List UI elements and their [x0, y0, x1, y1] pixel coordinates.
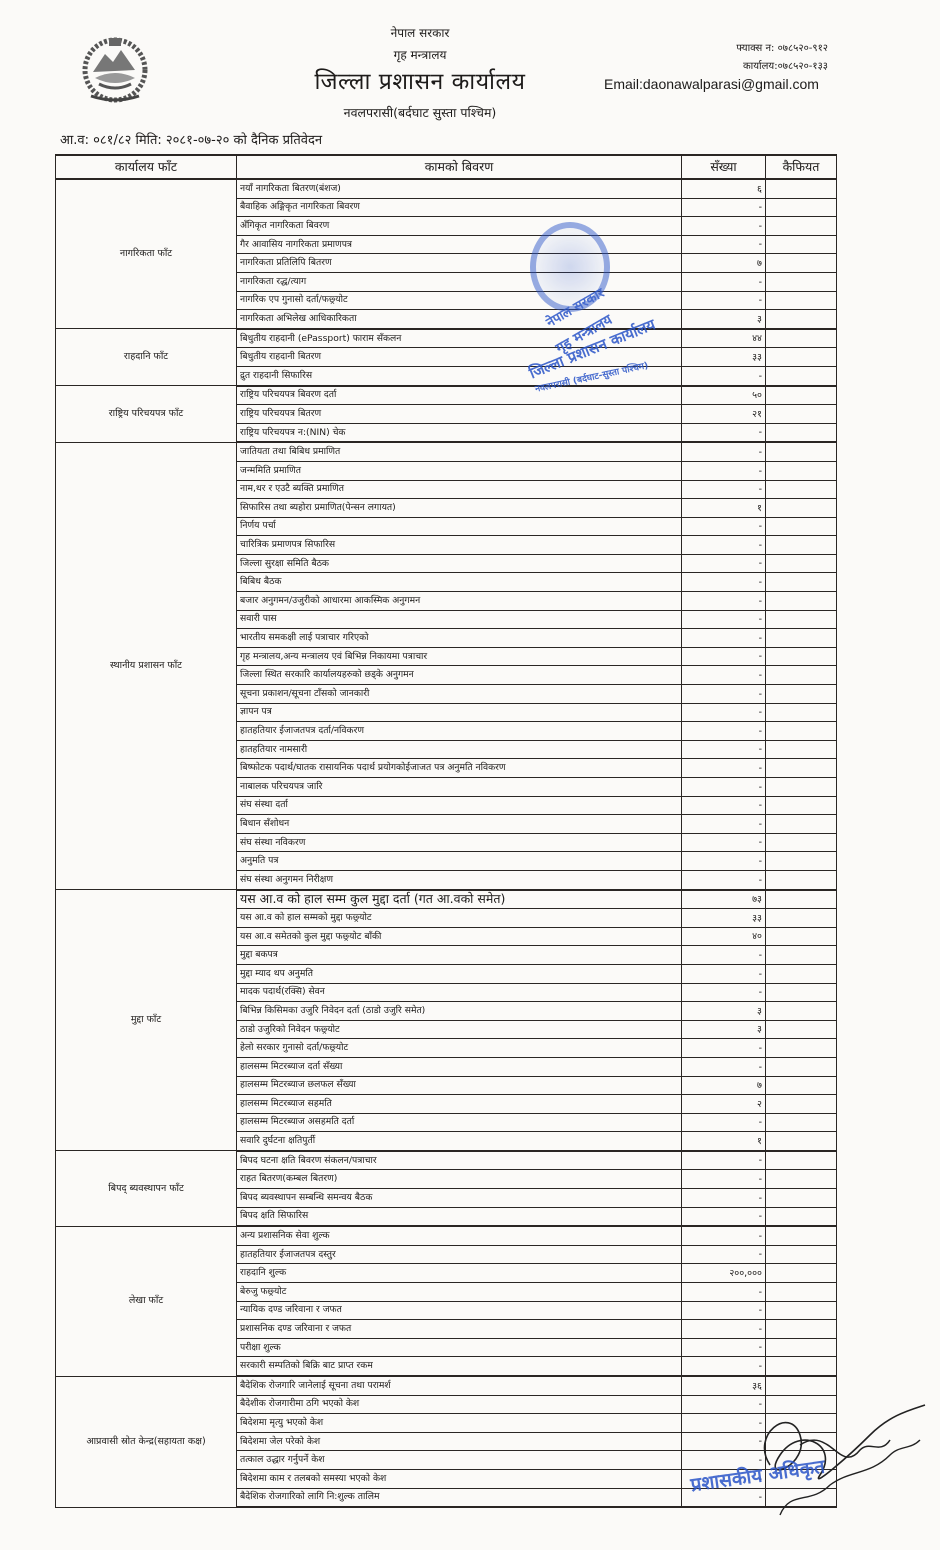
row-remarks [766, 1432, 837, 1451]
row-count: ३६ [682, 1376, 766, 1395]
row-remarks [766, 461, 837, 480]
row-description: सरकारी सम्पतिको बिक्रि बाट प्राप्त रकम [237, 1357, 682, 1376]
row-count: - [682, 461, 766, 480]
row-count: २ [682, 1095, 766, 1114]
table-header-row: कार्यालय फाँट कामको बिवरण सँख्या कैफियत [56, 155, 837, 179]
row-remarks [766, 291, 837, 310]
row-count: - [682, 235, 766, 254]
row-description: नयाँ नागरिकता बितरण(बंशज) [237, 179, 682, 198]
row-description: हालसम्म मिटरब्याज दर्ता सँख्या [237, 1057, 682, 1076]
row-description: सवारि दुर्घटना क्षतिपुर्ती [237, 1132, 682, 1151]
row-description: अँगिकृत नागरिकता बिवरण [237, 217, 682, 236]
row-description: बैवाहिक अङ्गिकृत नागरिकता बिवरण [237, 198, 682, 217]
row-count: - [682, 629, 766, 648]
row-count: - [682, 1226, 766, 1245]
row-description: द्रुत राहदानी सिफारिस [237, 366, 682, 385]
row-description: भारतीय समकक्षी लाई पत्राचार गरिएको [237, 629, 682, 648]
row-remarks [766, 703, 837, 722]
row-description: बिधान सँशोधन [237, 815, 682, 834]
row-remarks [766, 1451, 837, 1470]
row-description: नागरिक एप गुनासो दर्ता/फछ्र्योट [237, 291, 682, 310]
row-description: अनुमति पत्र [237, 852, 682, 871]
row-description: बैदेशीक रोजगारीमा ठगि भएको केश [237, 1395, 682, 1414]
row-description: जिल्ला सुरक्षा समिति बैठक [237, 554, 682, 573]
row-description: तत्काल उद्धार गर्नुपर्ने केश [237, 1451, 682, 1470]
row-count: - [682, 666, 766, 685]
row-count: ७३ [682, 890, 766, 909]
row-count: - [682, 815, 766, 834]
row-description: हालसम्म मिटरब्याज असहमति दर्ता [237, 1113, 682, 1132]
row-count: - [682, 573, 766, 592]
row-count: ३ [682, 1020, 766, 1039]
row-count: - [682, 1301, 766, 1320]
row-remarks [766, 833, 837, 852]
row-description: मादक पदार्थ(रक्सि) सेवन [237, 983, 682, 1002]
daily-report-page: नेपाल सरकार गृह मन्त्रालय जिल्ला प्रशासन… [0, 0, 940, 1550]
column-header-section: कार्यालय फाँट [56, 155, 237, 179]
row-remarks [766, 386, 837, 405]
row-description: सवारी पास [237, 610, 682, 629]
row-description: बैदेशिक रोजगारि जानेलाई सूचना तथा परामर्… [237, 1376, 682, 1395]
table-row: राहदानि फाँटबिधुतीय राहदानी (ePassport) … [56, 329, 837, 348]
table-body: नागरिकता फाँटनयाँ नागरिकता बितरण(बंशज)६ब… [56, 179, 837, 1507]
row-description: जातियता तथा बिबिध प्रमाणित [237, 442, 682, 461]
row-remarks [766, 1095, 837, 1114]
row-remarks [766, 1207, 837, 1226]
row-description: अन्य प्रशासनिक सेवा शुल्क [237, 1226, 682, 1245]
row-count: - [682, 517, 766, 536]
row-description: परीक्षा शुल्क [237, 1338, 682, 1357]
row-count: - [682, 647, 766, 666]
row-count: ७ [682, 1076, 766, 1095]
section-name: मुद्दा फाँट [56, 890, 237, 1151]
table-row: आप्रवासी स्रोत केन्द्र(सहायता कक्ष)बैदेश… [56, 1376, 837, 1395]
row-remarks [766, 666, 837, 685]
row-remarks [766, 1189, 837, 1208]
row-count: - [682, 796, 766, 815]
row-description: निर्णय पर्चा [237, 517, 682, 536]
row-remarks [766, 1113, 837, 1132]
row-remarks [766, 348, 837, 367]
section-name: नागरिकता फाँट [56, 179, 237, 329]
row-description: बजार अनुगमन/उजुरीको आधारमा आकस्मिक अनुगम… [237, 592, 682, 611]
table-row: स्थानीय प्रशासन फाँटजातियता तथा बिबिध प्… [56, 442, 837, 461]
row-count: - [682, 423, 766, 442]
row-count: - [682, 366, 766, 385]
table-row: बिपद् ब्यवस्थापन फाँटबिपद घटना क्षति बिव… [56, 1151, 837, 1170]
row-count: - [682, 1469, 766, 1488]
office-location: नवलपरासी(बर्दघाट सुस्ता पश्चिम) [0, 104, 840, 121]
row-count: ३ [682, 310, 766, 329]
row-description: नागरिकता अभिलेख आधिकारिकता [237, 310, 682, 329]
row-description: बिपद क्षति सिफारिस [237, 1207, 682, 1226]
row-remarks [766, 1320, 837, 1339]
table-row: लेखा फाँटअन्य प्रशासनिक सेवा शुल्क- [56, 1226, 837, 1245]
row-description: न्यायिक दण्ड जरिवाना र जफत [237, 1301, 682, 1320]
row-remarks [766, 909, 837, 928]
row-remarks [766, 499, 837, 518]
row-description: राष्ट्रिय परिचयपत्र बिवरण दर्ता [237, 386, 682, 405]
row-count: ७ [682, 254, 766, 273]
row-remarks [766, 983, 837, 1002]
row-count: ३३ [682, 348, 766, 367]
row-description: हातहतियार नामसारी [237, 740, 682, 759]
row-remarks [766, 1301, 837, 1320]
row-remarks [766, 1488, 837, 1507]
row-remarks [766, 217, 837, 236]
column-header-count: सँख्या [682, 155, 766, 179]
row-count: - [682, 759, 766, 778]
row-count: - [682, 964, 766, 983]
row-remarks [766, 254, 837, 273]
row-description: बिष्फोटक पदार्थ/घातक रासायनिक पदार्थ प्र… [237, 759, 682, 778]
row-description: गैर आवासिय नागरिकता प्रमाणपत्र [237, 235, 682, 254]
row-remarks [766, 1132, 837, 1151]
row-count: - [682, 480, 766, 499]
row-count: - [682, 1113, 766, 1132]
row-description: बिपद ब्यवस्थापन सम्बन्धि समन्वय बैठक [237, 1189, 682, 1208]
row-description: प्रशासनिक दण्ड जरिवाना र जफत [237, 1320, 682, 1339]
row-description: ठाडो उजुरिको निवेदन फछ्र्योट [237, 1020, 682, 1039]
row-description: यस आ.व को हाल सम्मको मुद्दा फछ्र्योट [237, 909, 682, 928]
row-count: - [682, 1320, 766, 1339]
row-remarks [766, 1395, 837, 1414]
row-description: जन्ममिति प्रमाणित [237, 461, 682, 480]
row-count: - [682, 870, 766, 889]
section-name: आप्रवासी स्रोत केन्द्र(सहायता कक्ष) [56, 1376, 237, 1507]
fax-number: फ्याक्स न: ०७८५२०-९१२ [736, 40, 828, 54]
row-remarks [766, 592, 837, 611]
row-count: - [682, 722, 766, 741]
row-remarks [766, 442, 837, 461]
row-remarks [766, 946, 837, 965]
row-remarks [766, 1076, 837, 1095]
row-count: - [682, 1189, 766, 1208]
row-remarks [766, 1414, 837, 1433]
row-description: सिफारिस तथा ब्यहोरा प्रमाणित(पेन्सन लगाय… [237, 499, 682, 518]
table-row: राष्ट्रिय परिचयपत्र फाँटराष्ट्रिय परिचयप… [56, 386, 837, 405]
section-name: बिपद् ब्यवस्थापन फाँट [56, 1151, 237, 1226]
section-name: राहदानि फाँट [56, 329, 237, 386]
row-remarks [766, 536, 837, 555]
row-remarks [766, 1002, 837, 1021]
row-description: संघ संस्था नविकरण [237, 833, 682, 852]
row-description: गृह मन्त्रालय,अन्य मन्त्रालय एवं बिभिन्न… [237, 647, 682, 666]
row-description: सूचना प्रकाशन/सूचना टाँसको जानकारी [237, 685, 682, 704]
row-remarks [766, 480, 837, 499]
row-count: - [682, 1039, 766, 1058]
section-name: स्थानीय प्रशासन फाँट [56, 442, 237, 889]
row-remarks [766, 179, 837, 198]
row-count: - [682, 852, 766, 871]
row-remarks [766, 610, 837, 629]
row-description: संघ संस्था अनुगमन निरीक्षण [237, 870, 682, 889]
row-remarks [766, 890, 837, 909]
row-description: राहत बितरण(कम्बल बितरण) [237, 1170, 682, 1189]
office-phone: कार्यालय:०७८५२०-१३३ [743, 58, 828, 72]
row-remarks [766, 517, 837, 536]
row-description: हातहतियार ईजाजतपत्र दर्ता/नविकरण [237, 722, 682, 741]
row-description: चारित्रिक प्रमाणपत्र सिफारिस [237, 536, 682, 555]
row-remarks [766, 1283, 837, 1302]
row-remarks [766, 778, 837, 797]
row-remarks [766, 852, 837, 871]
row-remarks [766, 554, 837, 573]
row-description: जिल्ला स्थित सरकारि कार्यालयहरुको छड्के … [237, 666, 682, 685]
table-row: मुद्दा फाँटयस आ.व को हाल सम्म कुल मुद्दा… [56, 890, 837, 909]
row-description: नाम,थर र एउटै ब्यक्ति प्रमाणित [237, 480, 682, 499]
section-name: राष्ट्रिय परिचयपत्र फाँट [56, 386, 237, 443]
row-remarks [766, 1057, 837, 1076]
row-count: - [682, 1057, 766, 1076]
row-remarks [766, 198, 837, 217]
row-description: हेलो सरकार गुनासो दर्ता/फछ्र्योट [237, 1039, 682, 1058]
row-description: बिधुतीय राहदानी बितरण [237, 348, 682, 367]
row-count: - [682, 1488, 766, 1507]
email-address: Email:daonawalparasi@gmail.com [604, 76, 819, 92]
daily-report-table: कार्यालय फाँट कामको बिवरण सँख्या कैफियत … [55, 154, 837, 1508]
row-count: - [682, 833, 766, 852]
row-count: ६ [682, 179, 766, 198]
row-count: ४४ [682, 329, 766, 348]
row-count: - [682, 198, 766, 217]
row-remarks [766, 235, 837, 254]
row-description: बिबिध बैठक [237, 573, 682, 592]
row-count: ३३ [682, 909, 766, 928]
row-remarks [766, 629, 837, 648]
row-description: बिदेशमा काम र तलबको समस्या भएको केश [237, 1469, 682, 1488]
section-name: लेखा फाँट [56, 1226, 237, 1376]
row-count: - [682, 1395, 766, 1414]
row-remarks [766, 722, 837, 741]
row-description: बिधुतीय राहदानी (ePassport) फाराम सँकलन [237, 329, 682, 348]
row-remarks [766, 1020, 837, 1039]
row-remarks [766, 927, 837, 946]
row-count: २००,००० [682, 1264, 766, 1283]
row-remarks [766, 1170, 837, 1189]
row-description: बैदेशिक रोजगारिको लागि नि:शुल्क तालिम [237, 1488, 682, 1507]
row-count: - [682, 1245, 766, 1264]
row-remarks [766, 573, 837, 592]
row-description: बिभिन्न किसिमका उजुरि निवेदन दर्ता (ठाडो… [237, 1002, 682, 1021]
report-title: आ.व: ०८१/८२ मिति: २०८१-०७-२० को दैनिक प्… [60, 130, 322, 148]
row-remarks [766, 423, 837, 442]
row-remarks [766, 1338, 837, 1357]
row-description: हालसम्म मिटरब्याज छलफल सँख्या [237, 1076, 682, 1095]
column-header-description: कामको बिवरण [237, 155, 682, 179]
row-count: - [682, 1207, 766, 1226]
row-count: - [682, 1432, 766, 1451]
row-count: २१ [682, 405, 766, 424]
government-name: नेपाल सरकार [0, 24, 840, 41]
row-count: - [682, 983, 766, 1002]
row-count: - [682, 291, 766, 310]
row-count: ३ [682, 1002, 766, 1021]
row-description: बिदेशमा मृत्यु भएको केश [237, 1414, 682, 1433]
row-description: यस आ.व समेतको कुल मुद्दा फछ्र्योट बाँकी [237, 927, 682, 946]
row-description: मुद्दा बकपत्र [237, 946, 682, 965]
row-description: नागरिकता रद्ध/त्याग [237, 272, 682, 291]
row-description: राष्ट्रिय परिचयपत्र न:(NIN) चेक [237, 423, 682, 442]
row-count: - [682, 1283, 766, 1302]
row-count: - [682, 610, 766, 629]
row-count: - [682, 1338, 766, 1357]
row-remarks [766, 870, 837, 889]
row-count: - [682, 1151, 766, 1170]
row-remarks [766, 1245, 837, 1264]
row-remarks [766, 1151, 837, 1170]
row-count: - [682, 442, 766, 461]
row-remarks [766, 759, 837, 778]
row-count: - [682, 1170, 766, 1189]
row-count: - [682, 272, 766, 291]
table-row: नागरिकता फाँटनयाँ नागरिकता बितरण(बंशज)६ [56, 179, 837, 198]
row-count: - [682, 685, 766, 704]
row-remarks [766, 685, 837, 704]
row-count: १ [682, 499, 766, 518]
row-description: राहदानि शुल्क [237, 1264, 682, 1283]
row-remarks [766, 740, 837, 759]
row-description: यस आ.व को हाल सम्म कुल मुद्दा दर्ता (गत … [237, 890, 682, 909]
row-remarks [766, 1469, 837, 1488]
row-count: - [682, 1451, 766, 1470]
row-description: बिपद घटना क्षति बिवरण संकलन/पत्राचार [237, 1151, 682, 1170]
row-count: - [682, 536, 766, 555]
row-count: - [682, 946, 766, 965]
row-description: संघ संस्था दर्ता [237, 796, 682, 815]
row-remarks [766, 1226, 837, 1245]
row-remarks [766, 1264, 837, 1283]
row-remarks [766, 272, 837, 291]
row-description: राष्ट्रिय परिचयपत्र बितरण [237, 405, 682, 424]
row-count: ५० [682, 386, 766, 405]
row-count: १ [682, 1132, 766, 1151]
row-description: हालसम्म मिटरब्याज सहमति [237, 1095, 682, 1114]
row-description: मुद्दा म्याद थप अनुमति [237, 964, 682, 983]
row-count: - [682, 740, 766, 759]
row-remarks [766, 647, 837, 666]
row-description: हातहतियार ईजाजतपत्र दस्तुर [237, 1245, 682, 1264]
row-count: - [682, 1414, 766, 1433]
row-count: - [682, 778, 766, 797]
row-remarks [766, 1357, 837, 1376]
row-description: बिदेशमा जेल परेको केश [237, 1432, 682, 1451]
row-remarks [766, 964, 837, 983]
row-remarks [766, 329, 837, 348]
row-description: नागरिकता प्रतिलिपि बितरण [237, 254, 682, 273]
row-remarks [766, 1039, 837, 1058]
row-count: - [682, 554, 766, 573]
row-remarks [766, 815, 837, 834]
row-description: ज्ञापन पत्र [237, 703, 682, 722]
row-count: - [682, 703, 766, 722]
row-count: ४० [682, 927, 766, 946]
row-count: - [682, 217, 766, 236]
row-remarks [766, 1376, 837, 1395]
column-header-remarks: कैफियत [766, 155, 837, 179]
row-description: बेरुजु फछ्र्योट [237, 1283, 682, 1302]
row-remarks [766, 796, 837, 815]
row-count: - [682, 592, 766, 611]
ministry-name: गृह मन्त्रालय [0, 46, 840, 63]
row-remarks [766, 366, 837, 385]
row-count: - [682, 1357, 766, 1376]
row-remarks [766, 405, 837, 424]
row-description: नाबालक परिचयपत्र जारि [237, 778, 682, 797]
row-remarks [766, 310, 837, 329]
